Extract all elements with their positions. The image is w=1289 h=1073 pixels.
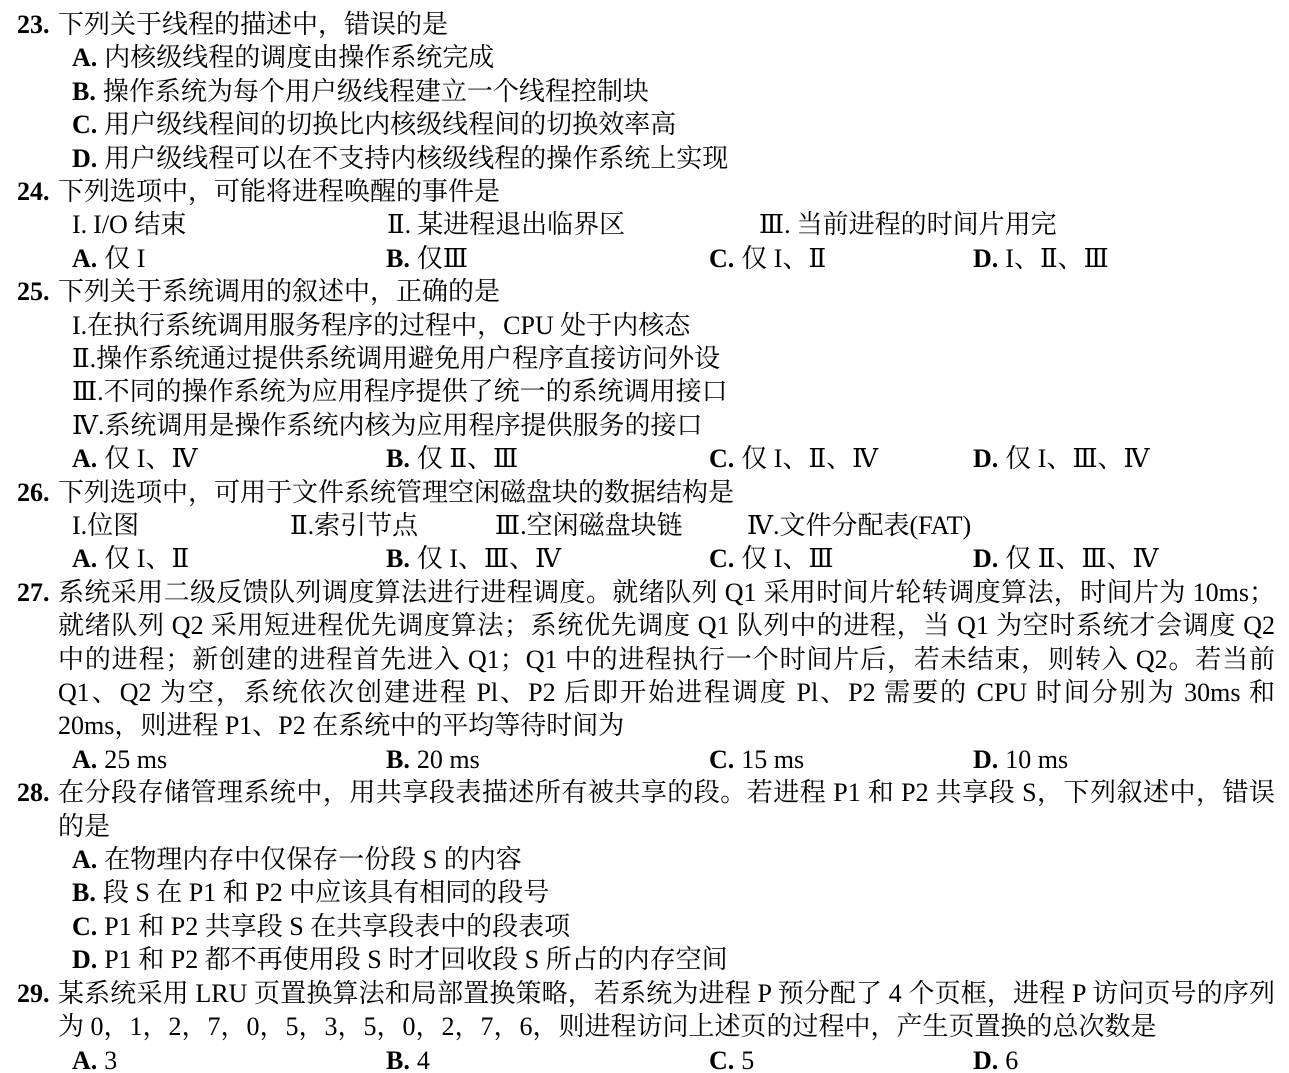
question-25: 25. 下列关于系统调用的叙述中，正确的是 I.在执行系统调用服务程序的过程中，… (17, 275, 1275, 475)
question-23: 23. 下列关于线程的描述中，错误的是 A.内核级线程的调度由操作系统完成 B.… (17, 8, 1275, 175)
question-number: 27. (17, 576, 58, 776)
question-stem: 某系统采用 LRU 页置换算法和局部置换策略，若系统为进程 P 预分配了 4 个… (58, 977, 1275, 1044)
option-text: 25 ms (104, 745, 167, 774)
option-text: 15 ms (741, 745, 804, 774)
option-b: B.仅 I、Ⅲ、Ⅳ (386, 542, 561, 575)
question-number: 26. (17, 476, 58, 576)
option-label: D. (72, 945, 97, 974)
item-label: Ⅲ. (759, 210, 791, 239)
question-body: 下列选项中，可用于文件系统管理空闲磁盘块的数据结构是 I.位图 Ⅱ.索引节点 Ⅲ… (58, 476, 1275, 576)
roman-item-3: Ⅲ.不同的操作系统为应用程序提供了统一的系统调用接口 (58, 375, 1275, 408)
option-text: P1 和 P2 共享段 S 在共享段表中的段表项 (104, 912, 570, 941)
option-d: D.仅 I、Ⅲ、Ⅳ (973, 442, 1150, 475)
item-text: 空闲磁盘块链 (527, 511, 683, 540)
roman-item-3: Ⅲ.空闲磁盘块链 (495, 509, 683, 542)
option-text: 用户级线程间的切换比内核级线程间的切换效率高 (104, 110, 676, 139)
question-body: 某系统采用 LRU 页置换算法和局部置换策略，若系统为进程 P 预分配了 4 个… (58, 977, 1275, 1073)
option-label: B. (386, 745, 410, 774)
roman-item-4: Ⅳ.系统调用是操作系统内核为应用程序提供服务的接口 (58, 409, 1275, 442)
option-label: B. (72, 77, 96, 106)
option-text: 仅 Ⅱ、Ⅲ (417, 444, 518, 473)
option-label: C. (72, 110, 97, 139)
roman-item-1: I.在执行系统调用服务程序的过程中，CPU 处于内核态 (58, 309, 1275, 342)
option-label: D. (973, 544, 998, 573)
option-b: B.4 (386, 1044, 430, 1073)
option-label: A. (72, 1046, 97, 1073)
item-text: 文件分配表(FAT) (779, 511, 971, 540)
options-row: A.3 B.4 C.5 D.6 (58, 1044, 1275, 1073)
item-label: Ⅱ. (387, 210, 411, 239)
option-c: C.用户级线程间的切换比内核级线程间的切换效率高 (58, 108, 1275, 141)
option-text: I、Ⅱ、Ⅲ (1005, 244, 1108, 273)
option-b: B.仅 Ⅱ、Ⅲ (386, 442, 518, 475)
option-c: C.仅 I、Ⅱ (709, 242, 826, 275)
question-27: 27. 系统采用二级反馈队列调度算法进行进程调度。就绪队列 Q1 采用时间片轮转… (17, 576, 1275, 776)
option-a: A.仅 I、Ⅱ (72, 542, 189, 575)
option-label: C. (709, 444, 734, 473)
question-29: 29. 某系统采用 LRU 页置换算法和局部置换策略，若系统为进程 P 预分配了… (17, 977, 1275, 1073)
item-text: 某进程退出临界区 (417, 210, 625, 239)
option-label: A. (72, 745, 97, 774)
option-a: A.仅 I (72, 242, 145, 275)
item-label: I. (72, 210, 87, 239)
option-text: 仅 I、Ⅲ (741, 544, 833, 573)
option-label: D. (973, 1046, 998, 1073)
option-text: 用户级线程可以在不支持内核级线程的操作系统上实现 (104, 144, 728, 173)
question-24: 24. 下列选项中，可能将进程唤醒的事件是 I.I/O 结束 Ⅱ.某进程退出临界… (17, 175, 1275, 275)
option-label: C. (709, 1046, 734, 1073)
options-row: A.仅 I B.仅Ⅲ C.仅 I、Ⅱ D.I、Ⅱ、Ⅲ (58, 242, 1275, 275)
item-label: Ⅲ. (72, 377, 104, 406)
item-text: 位图 (87, 511, 139, 540)
roman-item-1: I.I/O 结束 (72, 208, 186, 241)
option-text: 5 (741, 1046, 754, 1073)
item-text: 不同的操作系统为应用程序提供了统一的系统调用接口 (104, 377, 728, 406)
option-d: D.仅 Ⅱ、Ⅲ、Ⅳ (973, 542, 1159, 575)
question-28: 28. 在分段存储管理系统中，用共享段表描述所有被共享的段。若进程 P1 和 P… (17, 776, 1275, 976)
option-c: C.仅 I、Ⅱ、Ⅳ (709, 442, 878, 475)
option-text: 仅 I (104, 244, 145, 273)
option-label: C. (709, 745, 734, 774)
roman-item-4: Ⅳ.文件分配表(FAT) (747, 509, 971, 542)
roman-items-row: I.位图 Ⅱ.索引节点 Ⅲ.空闲磁盘块链 Ⅳ.文件分配表(FAT) (58, 509, 1275, 542)
option-b: B.20 ms (386, 743, 480, 776)
question-number: 29. (17, 977, 58, 1073)
option-text: 仅 I、Ⅱ、Ⅳ (741, 444, 878, 473)
item-text: 当前进程的时间片用完 (797, 210, 1057, 239)
option-d: D.用户级线程可以在不支持内核级线程的操作系统上实现 (58, 142, 1275, 175)
item-label: Ⅱ. (290, 511, 314, 540)
option-c: C.15 ms (709, 743, 804, 776)
question-stem: 下列选项中，可能将进程唤醒的事件是 (58, 175, 1275, 208)
option-label: C. (709, 244, 734, 273)
option-text: 6 (1005, 1046, 1018, 1073)
option-a: A.25 ms (72, 743, 167, 776)
option-d: D.10 ms (973, 743, 1068, 776)
option-label: B. (386, 244, 410, 273)
roman-item-2: Ⅱ.某进程退出临界区 (387, 208, 625, 241)
question-26: 26. 下列选项中，可用于文件系统管理空闲磁盘块的数据结构是 I.位图 Ⅱ.索引… (17, 476, 1275, 576)
roman-item-1: I.位图 (72, 509, 139, 542)
option-b: B.操作系统为每个用户级线程建立一个线程控制块 (58, 75, 1275, 108)
option-label: B. (386, 544, 410, 573)
exam-page: 23. 下列关于线程的描述中，错误的是 A.内核级线程的调度由操作系统完成 B.… (0, 0, 1289, 1073)
item-label: I. (72, 311, 87, 340)
item-label: I. (72, 511, 87, 540)
option-c: C.仅 I、Ⅲ (709, 542, 834, 575)
option-text: P1 和 P2 都不再使用段 S 时才回收段 S 所占的内存空间 (104, 945, 727, 974)
question-stem: 下列关于线程的描述中，错误的是 (58, 8, 1275, 41)
option-text: 20 ms (417, 745, 480, 774)
roman-item-2: Ⅱ.操作系统通过提供系统调用避免用户程序直接访问外设 (58, 342, 1275, 375)
question-body: 下列选项中，可能将进程唤醒的事件是 I.I/O 结束 Ⅱ.某进程退出临界区 Ⅲ.… (58, 175, 1275, 275)
question-stem: 下列选项中，可用于文件系统管理空闲磁盘块的数据结构是 (58, 476, 1275, 509)
option-text: 在物理内存中仅保存一份段 S 的内容 (104, 845, 521, 874)
option-d: D.P1 和 P2 都不再使用段 S 时才回收段 S 所占的内存空间 (58, 943, 1275, 976)
options-row: A.仅 I、Ⅳ B.仅 Ⅱ、Ⅲ C.仅 I、Ⅱ、Ⅳ D.仅 I、Ⅲ、Ⅳ (58, 442, 1275, 475)
option-label: D. (973, 244, 998, 273)
item-text: I/O 结束 (93, 210, 186, 239)
option-label: A. (72, 43, 97, 72)
option-label: B. (72, 878, 96, 907)
option-label: B. (386, 444, 410, 473)
option-label: B. (386, 1046, 410, 1073)
option-a: A.内核级线程的调度由操作系统完成 (58, 41, 1275, 74)
option-text: 10 ms (1005, 745, 1068, 774)
item-label: Ⅲ. (495, 511, 527, 540)
item-label: Ⅳ. (747, 511, 779, 540)
question-body: 在分段存储管理系统中，用共享段表描述所有被共享的段。若进程 P1 和 P2 共享… (58, 776, 1275, 976)
option-b: B.仅Ⅲ (386, 242, 468, 275)
question-number: 23. (17, 8, 58, 175)
option-d: D.6 (973, 1044, 1018, 1073)
option-text: 仅 Ⅱ、Ⅲ、Ⅳ (1005, 544, 1158, 573)
option-label: C. (72, 912, 97, 941)
question-body: 系统采用二级反馈队列调度算法进行进程调度。就绪队列 Q1 采用时间片轮转调度算法… (58, 576, 1275, 776)
option-label: D. (72, 144, 97, 173)
roman-item-2: Ⅱ.索引节点 (290, 509, 418, 542)
option-b: B.段 S 在 P1 和 P2 中应该具有相同的段号 (58, 876, 1275, 909)
question-body: 下列关于线程的描述中，错误的是 A.内核级线程的调度由操作系统完成 B.操作系统… (58, 8, 1275, 175)
option-d: D.I、Ⅱ、Ⅲ (973, 242, 1109, 275)
option-text: 3 (104, 1046, 117, 1073)
option-label: A. (72, 544, 97, 573)
roman-item-3: Ⅲ.当前进程的时间片用完 (759, 208, 1057, 241)
question-number: 28. (17, 776, 58, 976)
item-label: Ⅳ. (72, 411, 104, 440)
option-label: D. (973, 444, 998, 473)
option-label: C. (709, 544, 734, 573)
option-a: A.3 (72, 1044, 117, 1073)
option-text: 仅 I、Ⅲ、Ⅳ (1005, 444, 1149, 473)
question-stem: 系统采用二级反馈队列调度算法进行进程调度。就绪队列 Q1 采用时间片轮转调度算法… (58, 576, 1275, 743)
option-text: 内核级线程的调度由操作系统完成 (104, 43, 494, 72)
option-text: 操作系统为每个用户级线程建立一个线程控制块 (103, 77, 649, 106)
question-number: 25. (17, 275, 58, 475)
question-stem: 下列关于系统调用的叙述中，正确的是 (58, 275, 1275, 308)
option-label: A. (72, 845, 97, 874)
option-text: 仅 I、Ⅱ (104, 544, 189, 573)
option-a: A.在物理内存中仅保存一份段 S 的内容 (58, 843, 1275, 876)
option-text: 仅 I、Ⅳ (104, 444, 197, 473)
option-text: 4 (417, 1046, 430, 1073)
options-row: A.仅 I、Ⅱ B.仅 I、Ⅲ、Ⅳ C.仅 I、Ⅲ D.仅 Ⅱ、Ⅲ、Ⅳ (58, 542, 1275, 575)
option-label: D. (973, 745, 998, 774)
option-text: 仅 I、Ⅱ (741, 244, 826, 273)
option-label: A. (72, 244, 97, 273)
question-number: 24. (17, 175, 58, 275)
option-text: 段 S 在 P1 和 P2 中应该具有相同的段号 (103, 878, 549, 907)
item-text: 在执行系统调用服务程序的过程中，CPU 处于内核态 (87, 311, 690, 340)
option-text: 仅 I、Ⅲ、Ⅳ (417, 544, 561, 573)
item-text: 索引节点 (314, 511, 418, 540)
option-c: C.5 (709, 1044, 754, 1073)
question-stem: 在分段存储管理系统中，用共享段表描述所有被共享的段。若进程 P1 和 P2 共享… (58, 776, 1275, 843)
roman-items-row: I.I/O 结束 Ⅱ.某进程退出临界区 Ⅲ.当前进程的时间片用完 (58, 208, 1275, 241)
option-a: A.仅 I、Ⅳ (72, 442, 197, 475)
options-row: A.25 ms B.20 ms C.15 ms D.10 ms (58, 743, 1275, 776)
option-text: 仅Ⅲ (417, 244, 468, 273)
item-text: 系统调用是操作系统内核为应用程序提供服务的接口 (104, 411, 702, 440)
question-body: 下列关于系统调用的叙述中，正确的是 I.在执行系统调用服务程序的过程中，CPU … (58, 275, 1275, 475)
item-text: 操作系统通过提供系统调用避免用户程序直接访问外设 (96, 344, 720, 373)
option-c: C.P1 和 P2 共享段 S 在共享段表中的段表项 (58, 910, 1275, 943)
item-label: Ⅱ. (72, 344, 96, 373)
option-label: A. (72, 444, 97, 473)
